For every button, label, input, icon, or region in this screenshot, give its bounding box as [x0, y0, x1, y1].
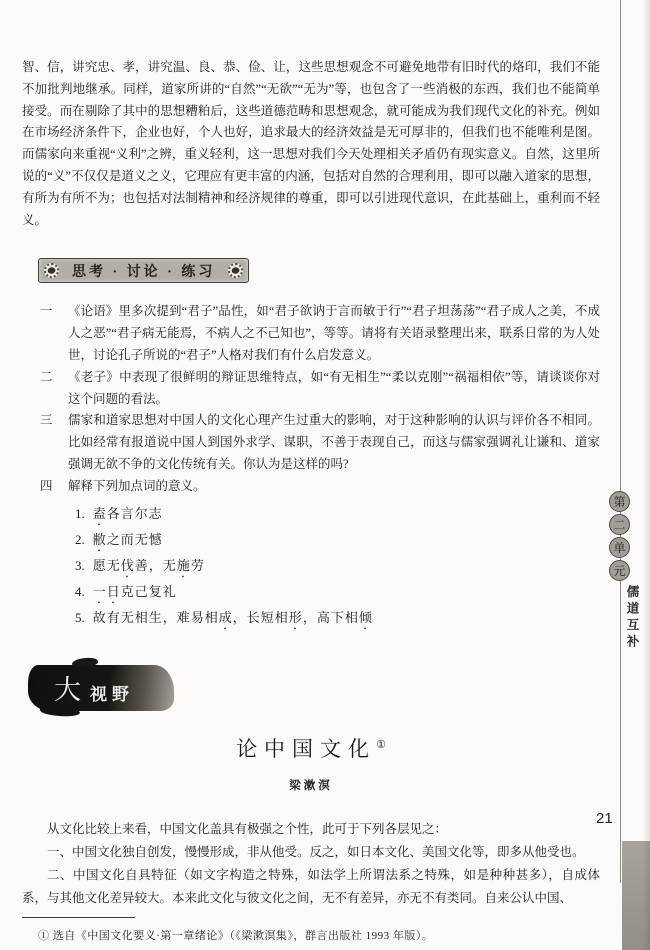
- exercise-item-text: 解释下列加点词的意义。: [68, 476, 600, 498]
- unit-name-vertical: 儒道互补: [623, 585, 641, 651]
- unit-badge-char: 二: [609, 514, 630, 535]
- page-edge-tab: [622, 841, 650, 950]
- unit-badge: 第 二 单 元: [609, 491, 630, 581]
- sidebar-vertical-rule: [620, 0, 621, 883]
- footnote-divider: [22, 917, 135, 918]
- vision-banner-label: 视野: [90, 680, 134, 705]
- article-paragraph: 二、中国文化自具特征（如文字构造之特殊，如法学上所谓法系之特殊，如是种种甚多），…: [22, 864, 600, 910]
- word-item-number: 3.: [75, 555, 85, 581]
- footnote-text: ① 选自《中国文化要义·第一章绪论》（《梁漱溟集》，群言出版社 1993 年版）…: [22, 927, 600, 943]
- unit-badge-char: 单: [609, 537, 630, 558]
- exercise-item-marker: 二: [40, 367, 68, 411]
- page-number: 21: [596, 810, 613, 827]
- article-body: 从文化比较上来看，中国文化盖具有极强之个性，此可于下列各层见之： 一、中国文化独…: [22, 818, 600, 910]
- word-item: 1. 盍各言尔志: [75, 503, 600, 529]
- lesson-text-paragraph: 智、信，讲究忠、孝，讲究温、良、恭、俭、让，这些思想观念不可避免地带有旧时代的烙…: [22, 57, 600, 231]
- word-item: 4. 一日克己复礼: [75, 581, 600, 607]
- word-item-quote: 愿无伐善，无施劳: [93, 555, 205, 581]
- content-column: 智、信，讲究忠、孝，讲究温、良、恭、俭、让，这些思想观念不可避免地带有旧时代的烙…: [22, 57, 600, 943]
- exercise-section-banner: 思考 · 讨论 · 练习: [38, 258, 249, 283]
- annotated-word-list: 1. 盍各言尔志 2. 敝之而无憾 3. 愿无伐善，无施劳 4. 一日克己复礼 …: [22, 503, 600, 633]
- footnote-marker: ①: [376, 739, 386, 751]
- word-item-number: 2.: [75, 529, 85, 555]
- word-item-quote: 故有无相生，难易相成，长短相形，高下相倾: [93, 607, 373, 633]
- word-item-number: 1.: [75, 503, 85, 529]
- article-paragraph: 一、中国文化独自创发，慢慢形成，非从他受。反之，如日本文化、美国文化等，即多从他…: [22, 841, 600, 864]
- word-item-quote: 敝之而无憾: [93, 529, 163, 555]
- word-item-number: 5.: [75, 607, 85, 633]
- article-paragraph: 从文化比较上来看，中国文化盖具有极强之个性，此可于下列各层见之：: [22, 818, 600, 841]
- exercise-item: 三 儒家和道家思想对中国人的文化心理产生过重大的影响，对于这种影响的认识与评价各…: [22, 410, 600, 475]
- exercise-item-text: 《论语》里多次提到“君子”品性，如“君子欲讷于言而敏于行”“君子坦荡荡”“君子成…: [68, 301, 600, 366]
- word-item: 2. 敝之而无憾: [75, 529, 600, 555]
- word-item: 5. 故有无相生，难易相成，长短相形，高下相倾: [75, 607, 600, 633]
- banner-rosette-icon: [228, 263, 243, 278]
- exercise-item-text: 儒家和道家思想对中国人的文化心理产生过重大的影响，对于这种影响的认识与评价各不相…: [68, 410, 600, 475]
- exercise-item: 二 《老子》中表现了很鲜明的辩证思维特点，如“有无相生”“柔以克刚”“祸福相依”…: [22, 367, 600, 411]
- textbook-page: 智、信，讲究忠、孝，讲究温、良、恭、俭、让，这些思想观念不可避免地带有旧时代的烙…: [0, 0, 650, 950]
- word-item: 3. 愿无伐善，无施劳: [75, 555, 600, 581]
- article-title: 论中国文化①: [22, 733, 600, 763]
- unit-badge-char: 元: [609, 560, 630, 581]
- word-item-number: 4.: [75, 581, 85, 607]
- banner-rosette-icon: [44, 263, 59, 278]
- word-item-quote: 一日克己复礼: [93, 581, 177, 607]
- vision-banner-char: 大: [54, 668, 81, 707]
- exercise-item-marker: 四: [40, 476, 68, 498]
- article-author: 梁漱溟: [22, 777, 600, 793]
- unit-badge-char: 第: [609, 491, 630, 512]
- exercise-list: 一 《论语》里多次提到“君子”品性，如“君子欲讷于言而敏于行”“君子坦荡荡”“君…: [22, 301, 600, 497]
- exercise-item-marker: 三: [40, 410, 68, 475]
- word-item-quote: 盍各言尔志: [93, 503, 163, 529]
- exercise-item-text: 《老子》中表现了很鲜明的辩证思维特点，如“有无相生”“柔以克刚”“祸福相依”等，…: [68, 367, 600, 411]
- big-vision-brush-banner: 大 视野: [28, 665, 174, 711]
- exercise-banner-title: 思考 · 讨论 · 练习: [68, 261, 219, 281]
- exercise-item-marker: 一: [40, 301, 68, 366]
- exercise-item: 一 《论语》里多次提到“君子”品性，如“君子欲讷于言而敏于行”“君子坦荡荡”“君…: [22, 301, 600, 366]
- exercise-item: 四 解释下列加点词的意义。: [22, 476, 600, 498]
